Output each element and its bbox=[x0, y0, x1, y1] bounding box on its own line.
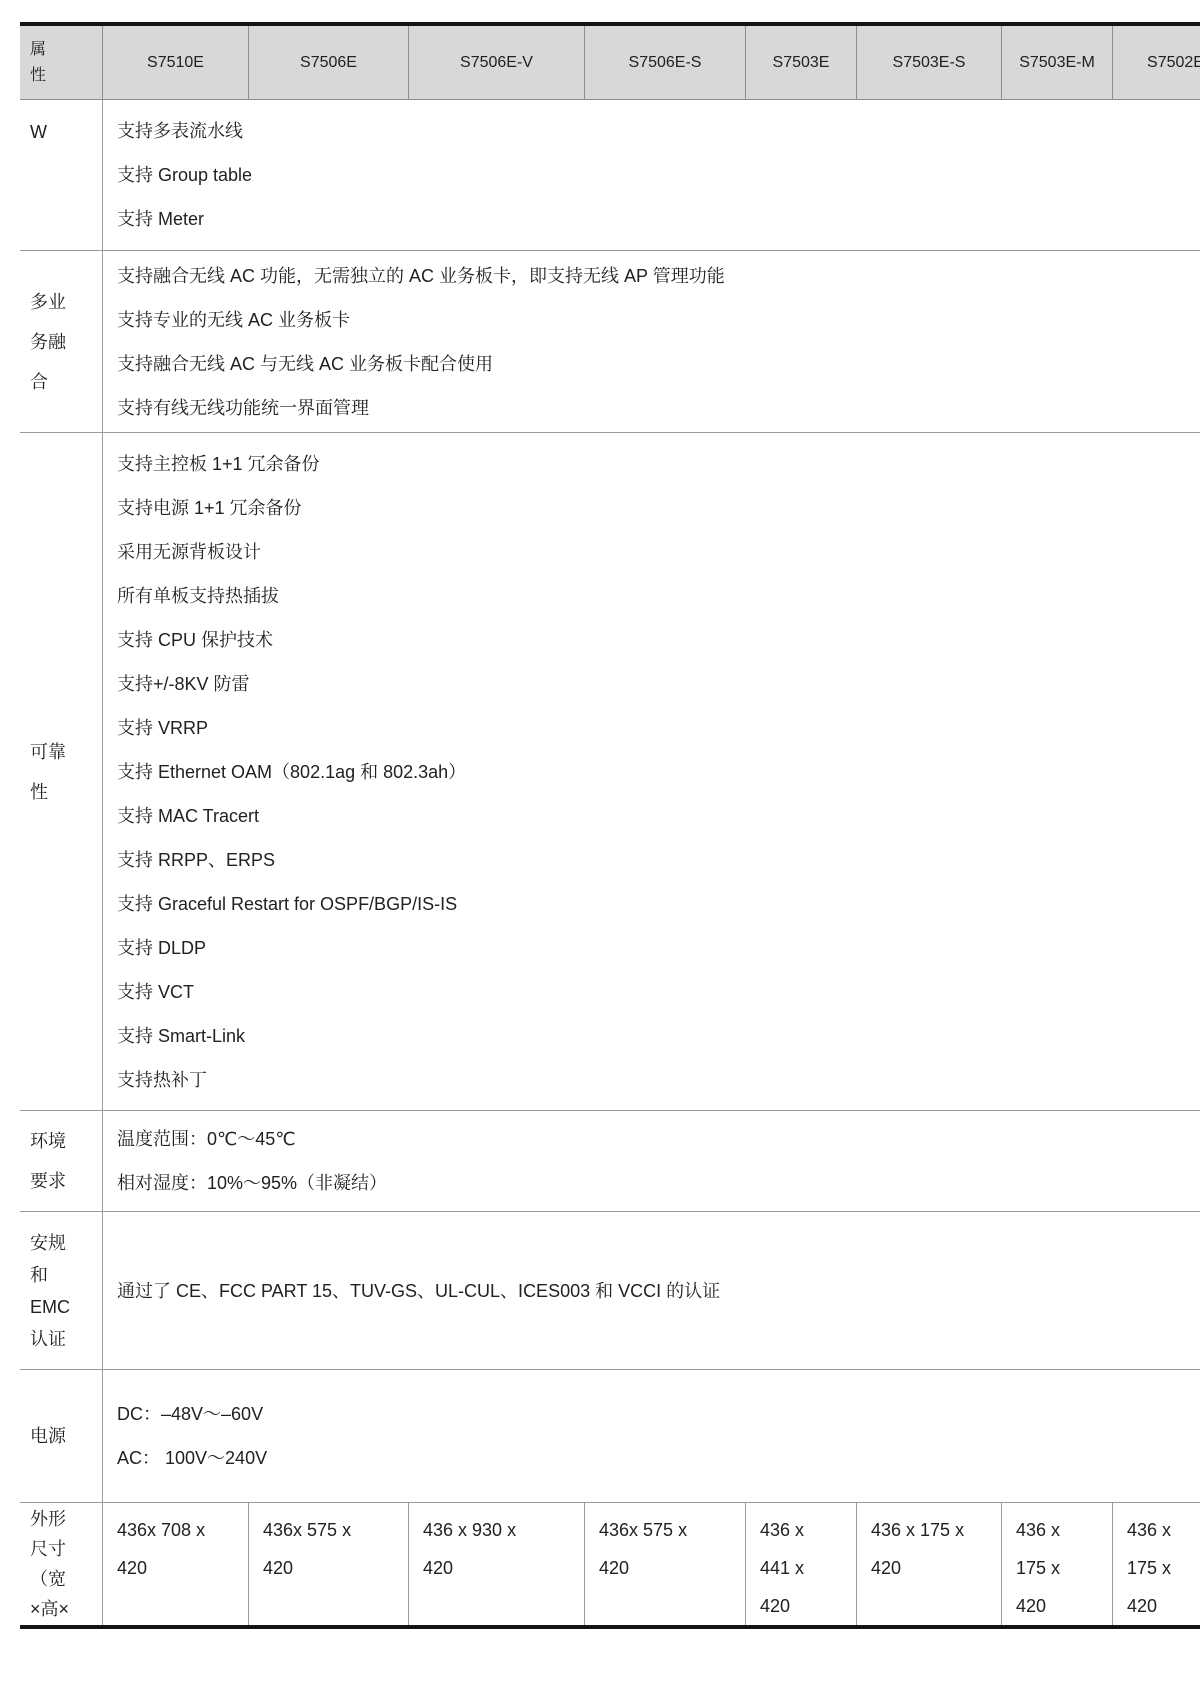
feature-item: 相对湿度：10%～95%（非凝结） bbox=[117, 1172, 1200, 1194]
table-row-multi-service: 多业 务融 合 支持融合无线 AC 功能，无需独立的 AC 业务板卡，即支持无线… bbox=[20, 251, 1200, 433]
feature-item: 支持多表流水线 bbox=[117, 120, 1200, 142]
row-content: 温度范围：0℃～45℃相对湿度：10%～95%（非凝结） bbox=[103, 1111, 1200, 1211]
column-header-s7510e: S7510E bbox=[103, 26, 249, 99]
dimension-cell-s7506e-s: 436x 575 x 420 bbox=[585, 1503, 746, 1625]
spec-document-page: 属 性 S7510E S7506E S7506E-V S7506E-S S750… bbox=[0, 0, 1200, 1686]
column-header-s7503e-m: S7503E-M bbox=[1002, 26, 1113, 99]
feature-item: 支持主控板 1+1 冗余备份 bbox=[117, 453, 1200, 475]
row-content: 通过了 CE、FCC PART 15、TUV-GS、UL-CUL、ICES003… bbox=[103, 1212, 1200, 1369]
feature-item: 支持 VRRP bbox=[117, 717, 1200, 739]
feature-item: 通过了 CE、FCC PART 15、TUV-GS、UL-CUL、ICES003… bbox=[117, 1280, 1200, 1302]
table-row-power: 电源 DC：–48V～–60VAC： 100V～240V bbox=[20, 1370, 1200, 1503]
feature-item: 支持热补丁 bbox=[117, 1069, 1200, 1091]
dimension-cell-s7502e: 436 x 175 x 420 bbox=[1113, 1503, 1200, 1625]
row-content: DC：–48V～–60VAC： 100V～240V bbox=[103, 1370, 1200, 1502]
row-label: 环境 要求 bbox=[20, 1111, 103, 1211]
feature-item: 所有单板支持热插拔 bbox=[117, 585, 1200, 607]
table-row-dimensions: 外形 尺寸 （宽 ×高× 436x 708 x 420 436x 575 x 4… bbox=[20, 1503, 1200, 1625]
feature-item: 支持 CPU 保护技术 bbox=[117, 629, 1200, 651]
feature-item: 支持电源 1+1 冗余备份 bbox=[117, 497, 1200, 519]
table-row-environment: 环境 要求 温度范围：0℃～45℃相对湿度：10%～95%（非凝结） bbox=[20, 1111, 1200, 1212]
column-header-s7506e: S7506E bbox=[249, 26, 409, 99]
row-content: 支持主控板 1+1 冗余备份支持电源 1+1 冗余备份采用无源背板设计所有单板支… bbox=[103, 433, 1200, 1110]
feature-item: 支持专业的无线 AC 业务板卡 bbox=[117, 309, 1200, 331]
dimension-cell-s7506e: 436x 575 x 420 bbox=[249, 1503, 409, 1625]
row-label: 可靠 性 bbox=[20, 433, 103, 1110]
table-header-row: 属 性 S7510E S7506E S7506E-V S7506E-S S750… bbox=[20, 26, 1200, 100]
feature-item: AC： 100V～240V bbox=[117, 1447, 1200, 1469]
dimension-cell-s7503e: 436 x 441 x 420 bbox=[746, 1503, 857, 1625]
feature-item: DC：–48V～–60V bbox=[117, 1403, 1200, 1425]
row-content: 支持融合无线 AC 功能，无需独立的 AC 业务板卡，即支持无线 AP 管理功能… bbox=[103, 251, 1200, 432]
table-row-reliability: 可靠 性 支持主控板 1+1 冗余备份支持电源 1+1 冗余备份采用无源背板设计… bbox=[20, 433, 1200, 1111]
feature-item: 支持 Graceful Restart for OSPF/BGP/IS-IS bbox=[117, 893, 1200, 915]
row-label: 外形 尺寸 （宽 ×高× bbox=[20, 1503, 103, 1625]
row-label: 安规 和 EMC 认证 bbox=[20, 1212, 103, 1369]
column-header-s7506e-s: S7506E-S bbox=[585, 26, 746, 99]
row-label: 多业 务融 合 bbox=[20, 251, 103, 432]
feature-item: 支持 Ethernet OAM（802.1ag 和 802.3ah） bbox=[117, 761, 1200, 783]
row-label: W bbox=[20, 100, 103, 250]
feature-item: 支持 MAC Tracert bbox=[117, 805, 1200, 827]
feature-item: 支持 Meter bbox=[117, 208, 1200, 230]
feature-item: 支持 Group table bbox=[117, 164, 1200, 186]
column-header-s7506e-v: S7506E-V bbox=[409, 26, 585, 99]
feature-item: 支持 VCT bbox=[117, 981, 1200, 1003]
row-label: 电源 bbox=[20, 1370, 103, 1502]
feature-item: 支持+/-8KV 防雷 bbox=[117, 673, 1200, 695]
row-content: 支持多表流水线支持 Group table支持 Meter bbox=[103, 100, 1200, 250]
feature-item: 支持 RRPP、ERPS bbox=[117, 849, 1200, 871]
dimension-cell-s7503e-s: 436 x 175 x 420 bbox=[857, 1503, 1002, 1625]
column-header-attribute: 属 性 bbox=[20, 26, 103, 99]
table-row-w: W 支持多表流水线支持 Group table支持 Meter bbox=[20, 100, 1200, 251]
feature-item: 温度范围：0℃～45℃ bbox=[117, 1128, 1200, 1150]
dimension-cell-s7503e-m: 436 x 175 x 420 bbox=[1002, 1503, 1113, 1625]
column-header-s7503e-s: S7503E-S bbox=[857, 26, 1002, 99]
feature-item: 支持融合无线 AC 功能，无需独立的 AC 业务板卡，即支持无线 AP 管理功能 bbox=[117, 265, 1200, 287]
dimension-cell-s7506e-v: 436 x 930 x 420 bbox=[409, 1503, 585, 1625]
feature-item: 支持有线无线功能统一界面管理 bbox=[117, 397, 1200, 419]
feature-item: 支持融合无线 AC 与无线 AC 业务板卡配合使用 bbox=[117, 353, 1200, 375]
feature-item: 采用无源背板设计 bbox=[117, 541, 1200, 563]
table-row-safety-emc: 安规 和 EMC 认证 通过了 CE、FCC PART 15、TUV-GS、UL… bbox=[20, 1212, 1200, 1370]
column-header-s7503e: S7503E bbox=[746, 26, 857, 99]
column-header-s7502e: S7502E bbox=[1113, 26, 1200, 99]
dimension-cell-s7510e: 436x 708 x 420 bbox=[103, 1503, 249, 1625]
spec-table: 属 性 S7510E S7506E S7506E-V S7506E-S S750… bbox=[20, 22, 1200, 1629]
feature-item: 支持 DLDP bbox=[117, 937, 1200, 959]
feature-item: 支持 Smart-Link bbox=[117, 1025, 1200, 1047]
